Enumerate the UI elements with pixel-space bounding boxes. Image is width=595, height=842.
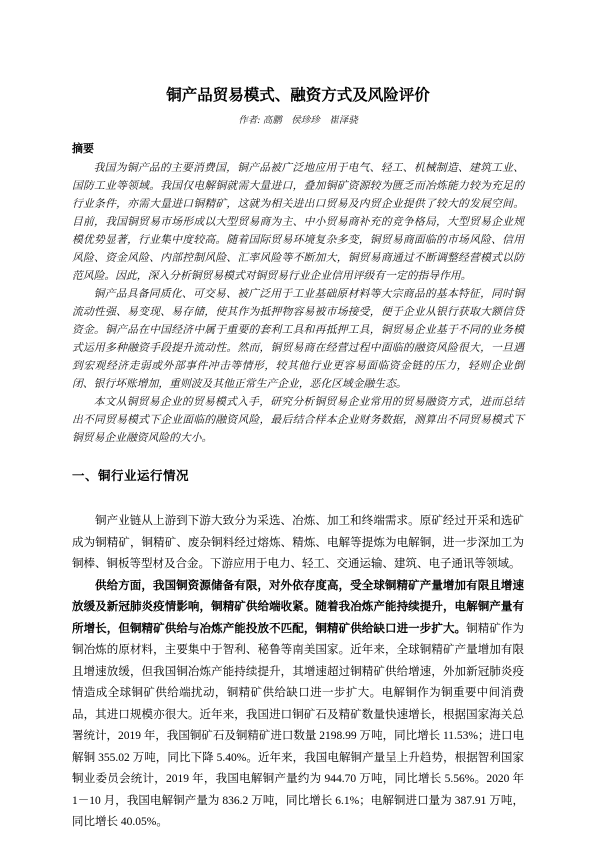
abstract-paragraph: 我国为铜产品的主要消费国，铜产品被广泛地应用于电气、轻工、机械制造、建筑工业、国… xyxy=(72,159,524,285)
abstract-heading: 摘要 xyxy=(72,142,524,156)
abstract-section: 我国为铜产品的主要消费国，铜产品被广泛地应用于电气、轻工、机械制造、建筑工业、国… xyxy=(72,159,524,447)
page-number: 1 xyxy=(72,772,77,782)
abstract-paragraph: 铜产品具备同质化、可交易、被广泛用于工业基础原材料等大宗商品的基本特征，同时铜流… xyxy=(72,285,524,393)
document-page: 铜产品贸易模式、融资方式及风险评价 作者: 高鹏 侯珍珍 崔泽骁 摘要 我国为铜… xyxy=(0,0,595,842)
section-body: 铜产业链从上游到下游大致分为采选、冶炼、加工和终端需求。原矿经过开采和选矿成为铜… xyxy=(72,511,524,834)
section-heading-copper-industry: 一、铜行业运行情况 xyxy=(72,468,524,485)
section-paragraph: 供给方面，我国铜资源储备有限，对外依存度高，受全球铜精矿产量增加有限且增速放缓及… xyxy=(72,576,524,834)
abstract-paragraph: 本文从铜贸易企业的贸易模式入手，研究分析铜贸易企业常用的贸易融资方式，进而总结出… xyxy=(72,393,524,447)
bold-lead-text: 供给方面，我国铜资源储备有限，对外依存度高，受全球铜精矿产量增加有限且增速放缓及… xyxy=(72,580,524,635)
author-byline: 作者: 高鹏 侯珍珍 崔泽骁 xyxy=(72,115,524,128)
section-paragraph: 铜产业链从上游到下游大致分为采选、冶炼、加工和终端需求。原矿经过开采和选矿成为铜… xyxy=(72,511,524,576)
paragraph-continuation-text: 铜精矿作为铜冶炼的原材料，主要集中于智利、秘鲁等南美国家。近年来，全球铜精矿产量… xyxy=(72,623,524,829)
page-content: 铜产品贸易模式、融资方式及风险评价 作者: 高鹏 侯珍珍 崔泽骁 摘要 我国为铜… xyxy=(72,0,524,834)
document-title: 铜产品贸易模式、融资方式及风险评价 xyxy=(72,86,524,106)
